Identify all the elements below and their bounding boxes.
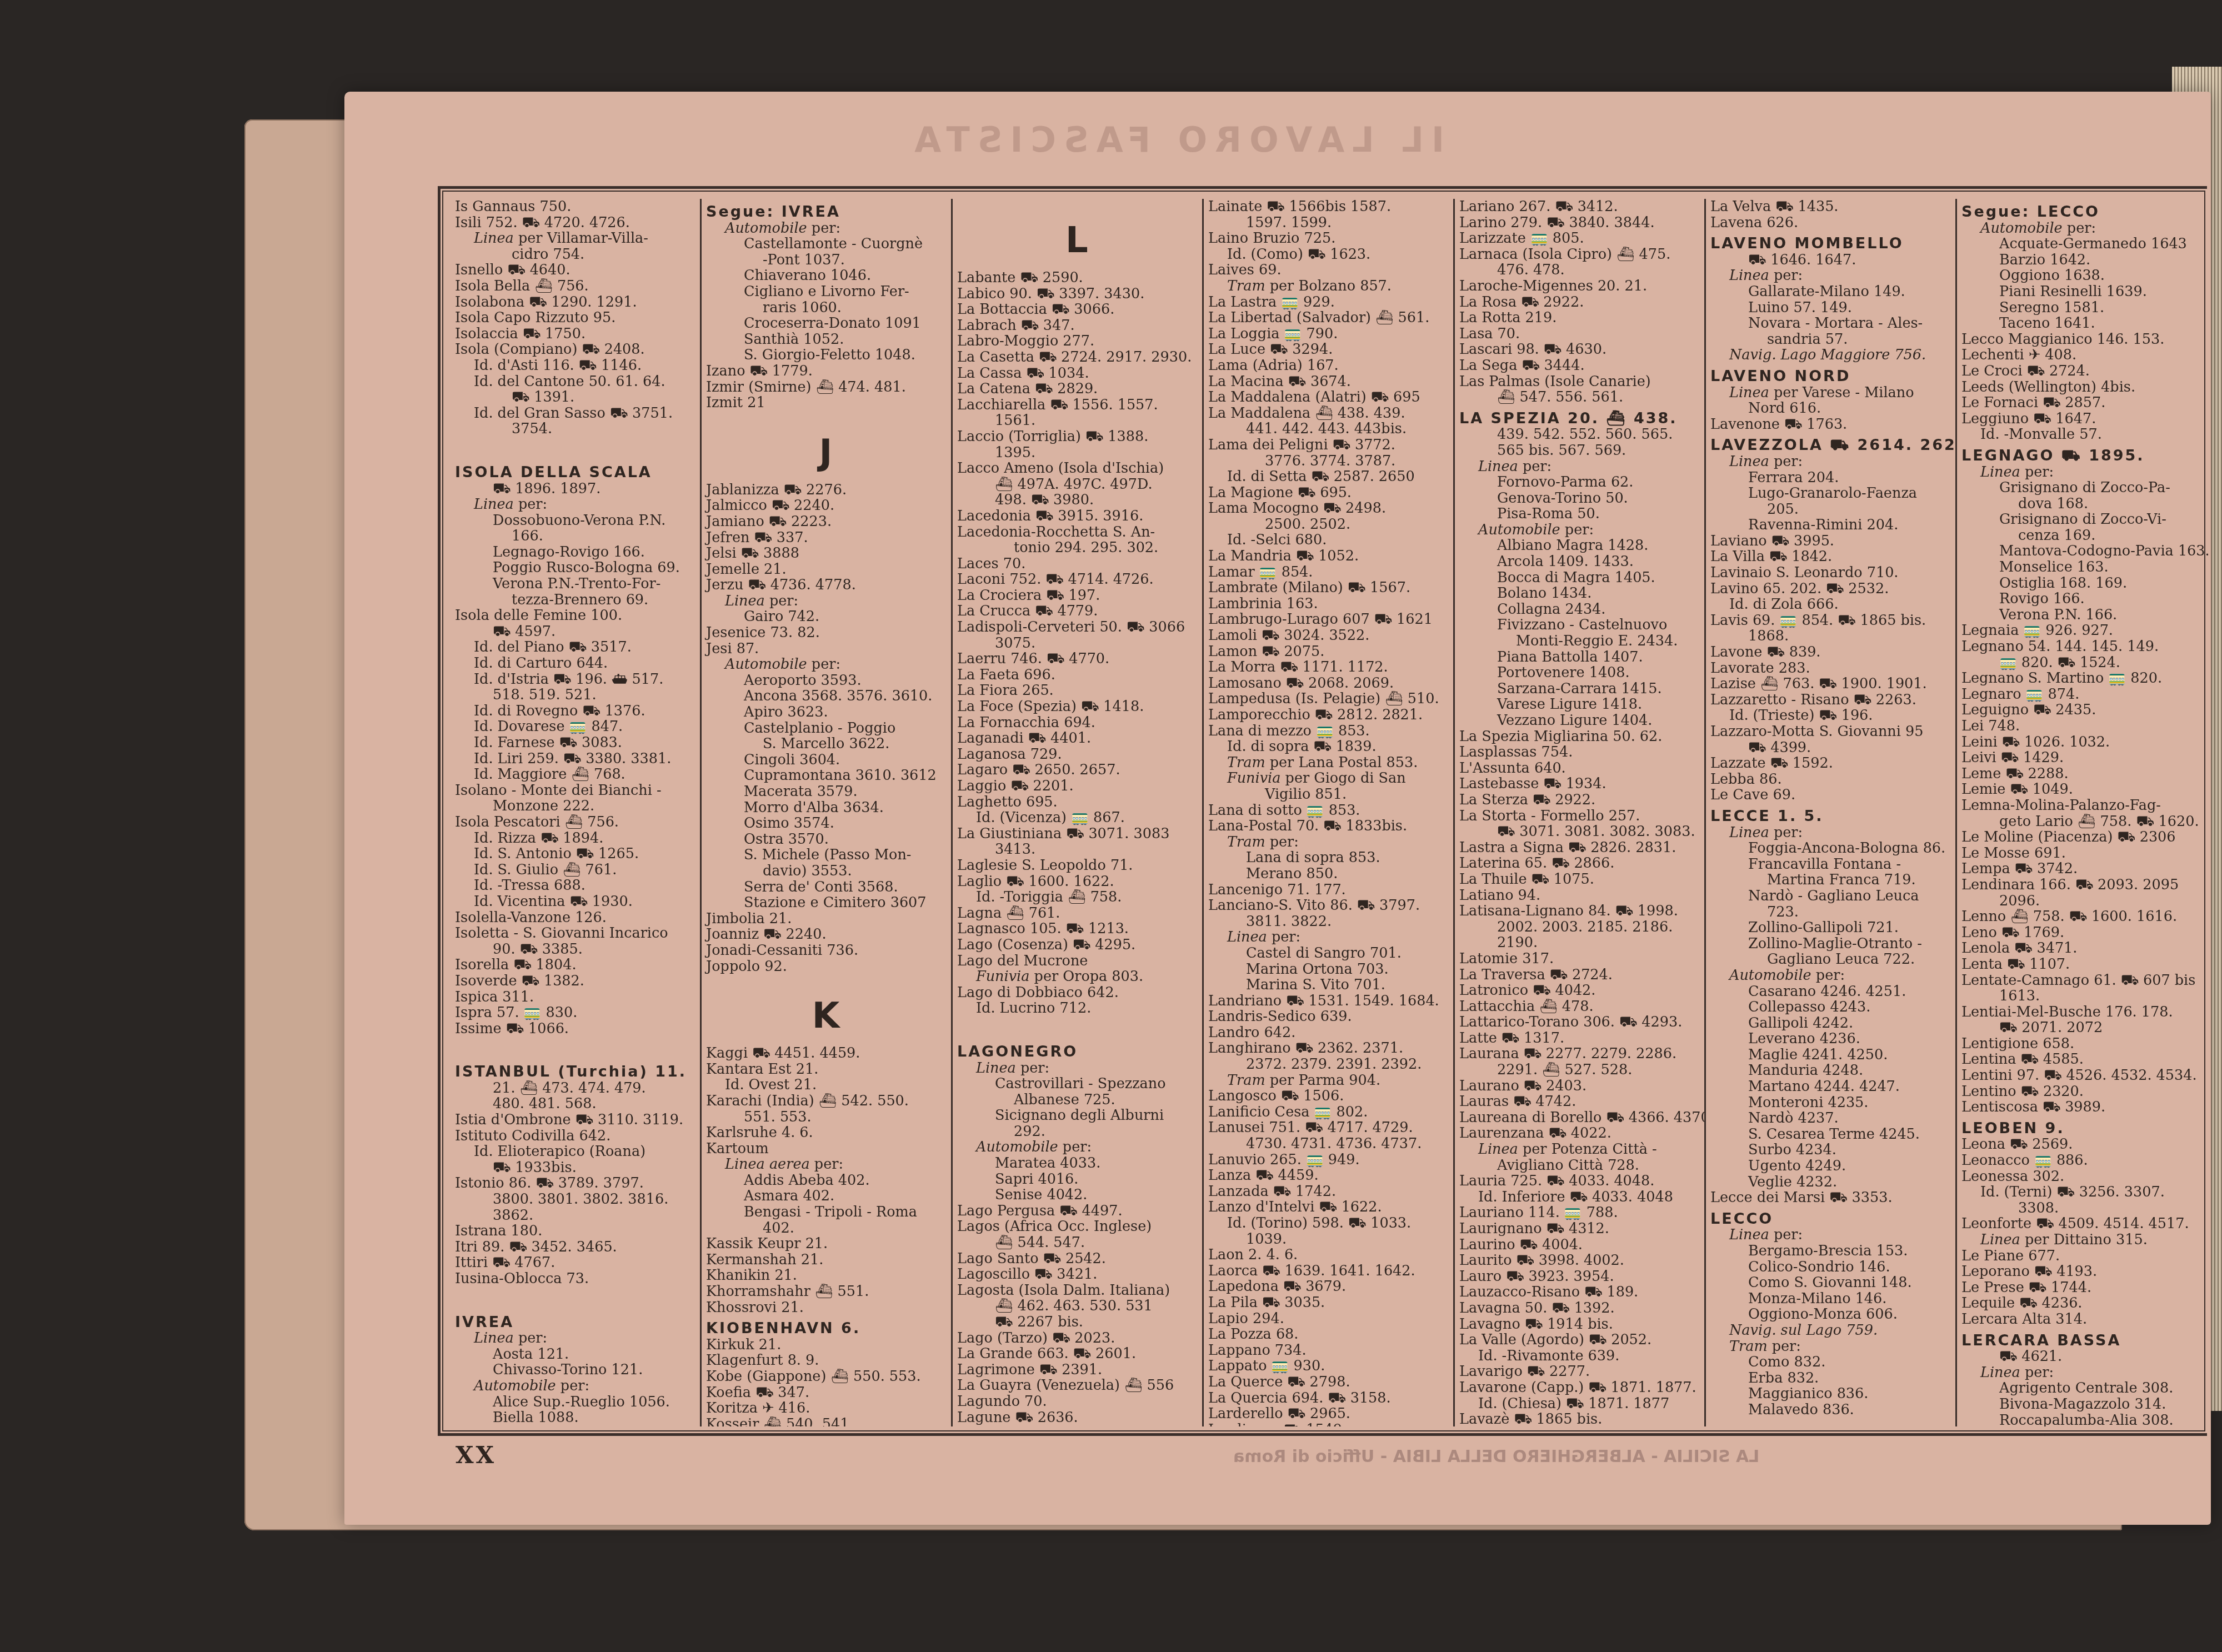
index-entry: 476. 478. [1459, 262, 1699, 278]
index-entry: Ancona 3568. 3576. 3610. [706, 688, 945, 704]
index-entry: Vezzano Ligure 1404. [1459, 713, 1699, 729]
index-entry: Isola Bella ⛴ 756. [455, 278, 694, 294]
index-entry: 2190. [1459, 935, 1699, 951]
index-entry: Istia d'Ombrone ⛟ 3110. 3119. [455, 1112, 694, 1128]
index-entry: geto Lario ⛴ 758. ⛟ 1620. [1961, 814, 2203, 830]
index-entry: Francavilla Fontana - [1710, 857, 1950, 873]
index-entry: Lercara Alta 314. [1961, 1311, 2203, 1328]
index-entry: Stazione e Cimitero 3607 [706, 895, 945, 911]
index-entry: 518. 519. 521. [455, 687, 694, 703]
index-entry: Lavarigo ⛟ 2277. [1459, 1364, 1699, 1380]
index-entry: Lanuvio 265. 🚃 949. [1208, 1152, 1448, 1168]
index-entry: Monteroni 4235. [1710, 1095, 1950, 1111]
index-entry: 1597. 1599. [1208, 215, 1448, 231]
index-entry: Genova-Torino 50. [1459, 490, 1699, 507]
index-entry: Lei 748. [1961, 718, 2203, 734]
index-entry: Linea per Varese - Milano [1710, 385, 1950, 401]
index-entry: Lago Pergusa ⛟ 4497. [957, 1203, 1197, 1219]
index-entry: Le Piane 677. [1961, 1248, 2203, 1264]
index-column-3: LLabante ⛟ 2590.Labico 90. ⛟ 3397. 3430.… [953, 199, 1204, 1426]
index-entry: Lacchiarella ⛟ 1556. 1557. [957, 397, 1197, 413]
index-entry: La Fornacchia 694. [957, 715, 1197, 731]
index-entry: Laives 69. [1208, 262, 1448, 278]
index-entry: Laurino ⛟ 4004. [1459, 1237, 1699, 1253]
index-entry: Cingoli 3604. [706, 752, 945, 768]
index-entry: Marina S. Vito 701. [1208, 977, 1448, 993]
index-entry: 1039. [1208, 1232, 1448, 1248]
index-entry: Istituto Codivilla 642. [455, 1128, 694, 1144]
index-entry: 2002. 2003. 2185. 2186. [1459, 919, 1699, 935]
index-entry: 402. [706, 1220, 945, 1237]
index-entry: Lemie ⛟ 1049. [1961, 782, 2203, 798]
index-entry: La Maddalena ⛴ 438. 439. [1208, 406, 1448, 422]
index-entry: Surbo 4234. [1710, 1142, 1950, 1158]
index-entry: Ispra 57. 🚃 830. [455, 1005, 694, 1021]
index-entry: Latronico ⛟ 4042. [1459, 983, 1699, 999]
section-letter: J [706, 428, 945, 478]
index-entry: Lattacchia ⛴ 478. [1459, 999, 1699, 1015]
index-entry: Linea per: [1208, 929, 1448, 945]
index-entry: 1868. [1710, 628, 1950, 644]
index-heading: LAVENO NORD [1710, 369, 1950, 385]
index-entry: 3811. 3822. [1208, 914, 1448, 930]
index-entry: Navig. sul Lago 759. [1710, 1323, 1950, 1339]
index-entry: Id. Farnese ⛟ 3083. [455, 735, 694, 751]
index-entry: Le Fornaci ⛟ 2857. [1961, 395, 2203, 411]
index-entry: Id. (Como) ⛟ 1623. [1208, 247, 1448, 263]
index-entry: Lechenti ✈ 408. [1961, 347, 2203, 363]
index-entry: Laglesie S. Leopoldo 71. [957, 858, 1197, 874]
index-entry: Zollino-Gallipoli 721. [1710, 920, 1950, 936]
index-entry: Lattarico-Torano 306. ⛟ 4293. [1459, 1014, 1699, 1030]
index-entry: Verona P.N. 166. [1961, 607, 2203, 623]
index-entry: 480. 481. 568. [455, 1096, 694, 1112]
index-entry: Izmir (Smirne) ⛴ 474. 481. [706, 379, 945, 396]
index-entry: Lempa ⛟ 3742. [1961, 861, 2203, 877]
index-entry: Landris-Sedico 639. [1208, 1009, 1448, 1025]
index-entry: Martano 4244. 4247. [1710, 1079, 1950, 1095]
index-entry: Leggiuno ⛟ 1647. [1961, 411, 2203, 427]
index-entry: Koritza ✈ 416. [706, 1400, 945, 1416]
index-entry: Lana-Postal 70. ⛟ 1833bis. [1208, 818, 1448, 834]
index-entry: Lana di mezzo 🚃 853. [1208, 723, 1448, 739]
index-entry: Chiaverano 1046. [706, 268, 945, 284]
index-entry: tezza-Brennero 69. [455, 592, 694, 608]
index-entry: Le Croci ⛟ 2724. [1961, 363, 2203, 379]
index-heading: LAVEZZOLA ⛟ 2614. 2626 [1710, 438, 1950, 454]
index-entry: Apiro 3623. [706, 704, 945, 720]
index-entry: La Pila ⛟ 3035. [1208, 1295, 1448, 1311]
index-heading: LEGNAGO ⛟ 1895. [1961, 448, 2203, 464]
index-entry: Lazzaretto - Risano ⛟ 2263. [1710, 692, 1950, 708]
index-entry: Lastra a Signa ⛟ 2826. 2831. [1459, 840, 1699, 856]
index-entry: La Morra ⛟ 1171. 1172. [1208, 659, 1448, 675]
index-entry: Luino 57. 149. [1710, 300, 1950, 316]
index-entry: Lequile ⛟ 4236. [1961, 1295, 2203, 1311]
index-entry: Tram per Lana Postal 853. [1208, 755, 1448, 771]
index-entry: Lecce dei Marsi ⛟ 3353. [1710, 1190, 1950, 1206]
index-entry: Lanzo d'Intelvi ⛟ 1622. [1208, 1199, 1448, 1215]
index-entry: Laccio (Torriglia) ⛟ 1388. [957, 429, 1197, 445]
index-entry: Id. (Vicenza) 🚃 867. [957, 810, 1197, 826]
index-entry: Jalmicco ⛟ 2240. [706, 498, 945, 514]
index-entry: Lentiscosa ⛟ 3989. [1961, 1099, 2203, 1115]
index-entry: Rovigo 166. [1961, 591, 2203, 607]
index-entry: Lecco Maggianico 146. 153. [1961, 332, 2203, 348]
index-entry: Casarano 4246. 4251. [1710, 984, 1950, 1000]
index-entry: Id. di Carturo 644. [455, 655, 694, 672]
index-entry: 292. [957, 1124, 1197, 1140]
index-entry: Aosta 121. [455, 1346, 694, 1363]
index-entry: Le Prese ⛟ 1744. [1961, 1280, 2203, 1296]
index-entry: Labico 90. ⛟ 3397. 3430. [957, 286, 1197, 302]
index-entry: Collagna 2434. [1459, 602, 1699, 618]
index-entry: Gallipoli 4242. [1710, 1015, 1950, 1032]
index-entry: Isolaccia ⛟ 1750. [455, 326, 694, 342]
index-entry: Lacedonia-Rocchetta S. An- [957, 524, 1197, 540]
index-entry: Oggiono-Monza 606. [1710, 1306, 1950, 1323]
index-entry: Lacedonia ⛟ 3915. 3916. [957, 508, 1197, 524]
index-entry: Lavis 69. 🚃 854. ⛟ 1865 bis. [1710, 613, 1950, 629]
index-entry: Lazzaro-Motta S. Giovanni 95 [1710, 724, 1950, 740]
index-entry: Leme ⛟ 2288. [1961, 766, 2203, 782]
index-entry: Ferrara 204. [1710, 470, 1950, 486]
index-entry: Latiano 94. [1459, 888, 1699, 904]
spacer [455, 1287, 694, 1309]
index-columns: Is Gannaus 750.Isili 752. ⛟ 4720. 4726.L… [451, 199, 2207, 1426]
index-entry: Jesenice 73. 82. [706, 625, 945, 641]
index-entry: dova 168. [1961, 496, 2203, 512]
index-column-6: La Velva ⛟ 1435.Lavena 626.LAVENO MOMBEL… [1706, 199, 1957, 1426]
index-entry: 205. [1710, 502, 1950, 518]
index-entry: Lanificio Cesa 🚃 802. [1208, 1104, 1448, 1120]
index-entry: Automobile per: [957, 1139, 1197, 1155]
index-entry: Automobile per: [1459, 522, 1699, 538]
index-entry: Id. di sopra ⛟ 1839. [1208, 739, 1448, 755]
index-entry: Lamon ⛟ 2075. [1208, 644, 1448, 660]
index-entry: Poggio Rusco-Bologna 69. [455, 560, 694, 576]
index-entry: Larino 279. ⛟ 3840. 3844. [1459, 215, 1699, 231]
index-entry: Latisana-Lignano 84. ⛟ 1998. [1459, 903, 1699, 919]
index-entry: Como S. Giovanni 148. [1710, 1275, 1950, 1291]
index-entry: 2372. 2379. 2391. 2392. [1208, 1057, 1448, 1073]
index-entry: Lardirago ⛟ 1549. [1208, 1422, 1448, 1426]
index-entry: Como 832. [1710, 1354, 1950, 1370]
index-entry: Karachi (India) ⛴ 542. 550. [706, 1093, 945, 1109]
index-entry: Lavino 65. 202. ⛟ 2532. [1710, 581, 1950, 597]
index-entry: Lambrugo-Lurago 607 ⛟ 1621 [1208, 612, 1448, 628]
index-entry: Varese Ligure 1418. [1459, 697, 1699, 713]
index-entry: Isola Pescatori ⛴ 756. [455, 814, 694, 830]
index-entry: La Guayra (Venezuela) ⛴ 556 [957, 1378, 1197, 1394]
index-entry: Lazzate ⛟ 1592. [1710, 755, 1950, 772]
index-entry: 2500. 2502. [1208, 517, 1448, 533]
index-entry: Id. di Zola 666. [1710, 597, 1950, 613]
index-entry: Barzio 1642. [1961, 252, 2203, 268]
index-entry: Id. S. Giulio ⛴ 761. [455, 862, 694, 878]
index-entry: Automobile per: [1710, 968, 1950, 984]
index-entry: Fivizzano - Castelnuovo [1459, 617, 1699, 633]
index-entry: Lavagno ⛟ 1914 bis. [1459, 1316, 1699, 1333]
index-entry: Lentigione 658. [1961, 1036, 2203, 1052]
index-entry: Kassik Keupr 21. [706, 1236, 945, 1252]
index-entry: Iusina-Oblocca 73. [455, 1271, 694, 1287]
index-entry: Lavena 626. [1710, 215, 1950, 231]
index-entry: Grisignano di Zocco-Vi- [1961, 512, 2203, 528]
index-entry: Id. di Setta ⛟ 2587. 2650 [1208, 469, 1448, 485]
index-entry: Lanzada ⛟ 1742. [1208, 1184, 1448, 1200]
index-entry: Linea per: [1710, 454, 1950, 470]
index-entry: Laurana ⛟ 2277. 2279. 2286. [1459, 1046, 1699, 1062]
section-letter: L [957, 216, 1197, 266]
index-entry: Tram per Parma 904. [1208, 1073, 1448, 1089]
index-entry: Le Moline (Piacenza) ⛟ 2306 [1961, 829, 2203, 845]
index-entry: tonio 294. 295. 302. [957, 540, 1197, 556]
index-entry: Id. (Chiesa) ⛟ 1871. 1877 [1459, 1396, 1699, 1412]
index-entry: Id. -Rivamonte 639. [1459, 1348, 1699, 1364]
index-entry: Lentino ⛟ 2320. [1961, 1084, 2203, 1100]
index-entry: 3862. [455, 1208, 694, 1224]
index-entry: Automobile per: [1961, 221, 2203, 237]
index-entry: Biella 1088. [455, 1410, 694, 1426]
index-entry: Isili 752. ⛟ 4720. 4726. [455, 215, 694, 231]
index-entry: Serra de' Conti 3568. [706, 879, 945, 895]
index-entry: 🚃 820. ⛟ 1524. [1961, 655, 2203, 671]
index-entry: Bivona-Magazzolo 314. [1961, 1396, 2203, 1413]
index-entry: La Valle (Agordo) ⛟ 2052. [1459, 1332, 1699, 1348]
index-entry: Leonforte ⛟ 4509. 4514. 4517. [1961, 1216, 2203, 1232]
index-entry: Manduria 4248. [1710, 1063, 1950, 1079]
index-entry: Avigliano Città 728. [1459, 1158, 1699, 1174]
index-entry: 1613. [1961, 988, 2203, 1004]
index-entry: Landriano ⛟ 1531. 1549. 1684. [1208, 993, 1448, 1009]
index-entry: La Quercia 694. ⛟ 3158. [1208, 1390, 1448, 1406]
index-entry: Lavagna 50. ⛟ 1392. [1459, 1300, 1699, 1316]
index-entry: 3308. [1961, 1200, 2203, 1217]
index-entry: Linea per: [1710, 268, 1950, 284]
index-entry: ⛴ 544. 547. [957, 1235, 1197, 1251]
index-entry: cenza 169. [1961, 528, 2203, 544]
index-entry: Lauria 725. ⛟ 4033. 4048. [1459, 1173, 1699, 1189]
index-entry: La Traversa ⛟ 2724. [1459, 967, 1699, 983]
index-entry: Lagaro ⛟ 2650. 2657. [957, 762, 1197, 778]
index-entry: La Libertad (Salvador) ⛴ 561. [1208, 310, 1448, 326]
index-entry: Bocca di Magra 1405. [1459, 570, 1699, 586]
index-entry: Novara - Mortara - Ales- [1710, 316, 1950, 332]
index-entry: Arcola 1409. 1433. [1459, 554, 1699, 570]
index-entry: Id. Vicentina ⛟ 1930. [455, 894, 694, 910]
spacer [957, 1017, 1197, 1039]
index-column-4: Lainate ⛟ 1566bis 1587.1597. 1599.Laino … [1204, 199, 1455, 1426]
index-entry: Lamporecchio ⛟ 2812. 2821. [1208, 707, 1448, 723]
index-entry: Las Palmas (Isole Canarie) [1459, 374, 1699, 390]
index-entry: Cupramontana 3610. 3612 [706, 768, 945, 784]
index-entry: Laurano ⛟ 2403. [1459, 1078, 1699, 1094]
index-entry: Khorramshahr ⛴ 551. [706, 1284, 945, 1300]
index-entry: Nord 616. [1710, 401, 1950, 417]
index-entry: Isolano - Monte dei Bianchi - [455, 783, 694, 799]
index-entry: Isolella-Vanzone 126. [455, 910, 694, 926]
index-entry: Sarzana-Carrara 1415. [1459, 681, 1699, 697]
index-entry: La Loggia 🚃 790. [1208, 326, 1448, 342]
index-entry: La Querce ⛟ 2798. [1208, 1374, 1448, 1390]
index-entry: Id. -Selci 680. [1208, 532, 1448, 548]
index-entry: Lenola ⛟ 3471. [1961, 940, 2203, 957]
index-entry: Istonio 86. ⛟ 3789. 3797. [455, 1175, 694, 1192]
index-entry: Le Mosse 691. [1961, 845, 2203, 862]
index-entry: Ostiglia 168. 169. [1961, 575, 2203, 592]
index-entry: Portovenere 1408. [1459, 665, 1699, 681]
index-entry: Isnello ⛟ 4640. [455, 262, 694, 278]
index-entry: ⛴ 497A. 497C. 497D. [957, 477, 1197, 493]
index-entry: Id. (Trieste) ⛟ 196. [1710, 708, 1950, 724]
index-entry: Bengasi - Tripoli - Roma [706, 1204, 945, 1220]
index-entry: Linea per: [455, 497, 694, 513]
index-entry: ⛟ 1391. [455, 389, 694, 406]
index-heading: LECCO [1710, 1212, 1950, 1228]
index-heading: IVREA [455, 1315, 694, 1331]
index-entry: Latomie 317. [1459, 951, 1699, 967]
index-entry: Id. Elioterapico (Roana) [455, 1144, 694, 1160]
index-entry: Lauriano 114. 🚃 788. [1459, 1205, 1699, 1221]
index-entry: Jemelle 21. [706, 562, 945, 578]
index-entry: Laganadi ⛟ 4401. [957, 730, 1197, 747]
index-entry: Erba 832. [1710, 1370, 1950, 1386]
index-heading: ISTANBUL (Turchia) 11. [455, 1064, 694, 1080]
index-entry: 2291. ⛴ 527. 528. [1459, 1062, 1699, 1078]
index-entry: ⛟ 1646. 1647. [1710, 252, 1950, 268]
index-entry: Lanciano-S. Vito 86. ⛟ 3797. [1208, 898, 1448, 914]
index-entry: Lago (Cosenza) ⛟ 4295. [957, 937, 1197, 953]
footer-bleed-through: LA SICILIA - ALBERGHIERO DELLA LIBIA - U… [1233, 1447, 1759, 1466]
index-entry: Osimo 3574. [706, 815, 945, 832]
index-entry: Isolabona ⛟ 1290. 1291. [455, 294, 694, 311]
index-entry: -Pont 1037. [706, 252, 945, 268]
index-entry: Lastebasse ⛟ 1934. [1459, 776, 1699, 792]
index-heading: LERCARA BASSA [1961, 1333, 2203, 1349]
index-entry: 1395. [957, 445, 1197, 461]
index-entry: Lagune ⛟ 2636. [957, 1410, 1197, 1426]
index-page: IL LAVORO FASCISTA Is Gannaus 750.Isili … [344, 92, 2211, 1525]
index-entry: Santhià 1052. [706, 332, 945, 348]
index-entry: Lenno ⛴ 758. ⛟ 1600. 1616. [1961, 909, 2203, 925]
index-heading: LAVENO MOMBELLO [1710, 236, 1950, 252]
index-entry: Colico-Sondrio 146. [1710, 1259, 1950, 1275]
index-entry: Id. Dovarese 🚃 847. [455, 719, 694, 735]
index-column-7: Segue: LECCOAutomobile per:Acquate-Germa… [1957, 199, 2208, 1426]
index-entry: S. Marcello 3622. [706, 736, 945, 752]
section-letter: K [706, 991, 945, 1041]
index-entry: Linea per: [455, 1330, 694, 1346]
index-entry: Leverano 4236. [1710, 1031, 1950, 1047]
index-entry: Lappano 734. [1208, 1343, 1448, 1359]
index-entry: Tram per: [1710, 1339, 1950, 1355]
index-entry: Lavazè ⛟ 1865 bis. [1459, 1411, 1699, 1426]
index-entry: Karlsruhe 4. 6. [706, 1125, 945, 1141]
index-entry: Addis Abeba 402. [706, 1173, 945, 1189]
index-entry: Isoletta - S. Giovanni Incarico [455, 925, 694, 942]
index-entry: Jamiano ⛟ 2223. [706, 514, 945, 530]
index-entry: Lauro ⛟ 3923. 3954. [1459, 1269, 1699, 1285]
index-entry: Automobile per: [455, 1378, 694, 1394]
index-entry: Koefia ⛟ 347. [706, 1385, 945, 1401]
index-entry: Castrovillari - Spezzano [957, 1076, 1197, 1092]
index-entry: Larizzate 🚃 805. [1459, 231, 1699, 247]
index-entry: Labante ⛟ 2590. [957, 270, 1197, 286]
index-entry: Leona ⛟ 2569. [1961, 1137, 2203, 1153]
index-entry: 3754. [455, 421, 694, 437]
index-entry: Dossobuono-Verona P.N. [455, 513, 694, 529]
index-entry: Aeroporto 3593. [706, 673, 945, 689]
index-entry: Legnaro 🚃 874. [1961, 687, 2203, 703]
index-entry: Jimbolia 21. [706, 911, 945, 927]
index-entry: Ravenna-Rimini 204. [1710, 517, 1950, 533]
index-entry: S. Cesarea Terme 4245. [1710, 1127, 1950, 1143]
index-entry: Nardò - Gagliano Leuca [1710, 888, 1950, 904]
index-entry: Isola Capo Rizzuto 95. [455, 310, 694, 326]
index-entry: Klagenfurt 8. 9. [706, 1353, 945, 1369]
index-entry: S. Michele (Passo Mon- [706, 847, 945, 863]
index-entry: Landro 642. [1208, 1025, 1448, 1041]
index-entry: Langhirano ⛟ 2362. 2371. [1208, 1040, 1448, 1057]
index-entry: Lana di sopra 853. [1208, 850, 1448, 866]
index-entry: 21. ⛴ 473. 474. 479. [455, 1080, 694, 1097]
index-entry: Lazise ⛴ 763. ⛟ 1900. 1901. [1710, 676, 1950, 692]
index-entry: Martina Franca 719. [1710, 872, 1950, 888]
index-entry: Lambrinia 163. [1208, 596, 1448, 612]
index-entry: Jesi 87. [706, 641, 945, 657]
index-column-5: Lariano 267. ⛟ 3412.Larino 279. ⛟ 3840. … [1455, 199, 1706, 1426]
index-entry: Funivia per Oropa 803. [957, 969, 1197, 985]
index-entry: Linea per Villamar-Villa- [455, 231, 694, 247]
index-entry: Lentiai-Mel-Busche 176. 178. [1961, 1004, 2203, 1020]
index-entry: La Spezia Migliarina 50. 62. [1459, 729, 1699, 745]
index-entry: Castel di Sangro 701. [1208, 945, 1448, 962]
index-entry: 2096. [1961, 893, 2203, 909]
index-entry: Vigilio 851. [1208, 787, 1448, 803]
index-entry: Larnaca (Isola Cipro) ⛴ 475. [1459, 247, 1699, 263]
index-entry: Lappato 🚃 930. [1208, 1358, 1448, 1374]
index-entry: Navig. Lago Maggiore 756. [1710, 347, 1950, 363]
index-entry: Monselice 163. [1961, 559, 2203, 575]
index-entry: Lavone ⛟ 839. [1710, 644, 1950, 660]
index-entry: Bolano 1434. [1459, 585, 1699, 602]
index-entry: Lancenigo 71. 177. [1208, 882, 1448, 898]
index-entry: 90. ⛟ 3385. [455, 942, 694, 958]
index-entry: La Thuile ⛟ 1075. [1459, 872, 1699, 888]
index-entry: Foggia-Ancona-Bologna 86. [1710, 840, 1950, 857]
index-entry: Id. Ovest 21. [706, 1077, 945, 1093]
index-entry: Laggio ⛟ 2201. [957, 778, 1197, 794]
index-entry: Izmit 21 [706, 395, 945, 411]
index-entry: Leonessa 302. [1961, 1169, 2203, 1185]
index-entry: S. Giorgio-Feletto 1048. [706, 347, 945, 363]
index-entry: Kosseir ⛴ 540. 541. [706, 1416, 945, 1426]
index-entry: Lagosta (Isola Dalm. Italiana) [957, 1283, 1197, 1299]
index-entry: Id. d'Istria ⛟ 196. ⛴ 517. [455, 672, 694, 688]
index-entry: Lugo-Granarolo-Faenza [1710, 485, 1950, 502]
index-entry: Zollino-Maglie-Otranto - [1710, 936, 1950, 952]
index-entry: Croceserra-Donato 1091 [706, 316, 945, 332]
index-entry: Malavedo 836. [1710, 1402, 1950, 1418]
index-entry: Lama dei Peligni ⛟ 3772. [1208, 437, 1448, 453]
index-entry: Albiano Magra 1428. [1459, 538, 1699, 554]
index-entry: 3075. [957, 635, 1197, 652]
index-entry: Leivi ⛟ 1429. [1961, 750, 2203, 766]
index-column-1: Is Gannaus 750.Isili 752. ⛟ 4720. 4726.L… [451, 199, 702, 1426]
index-entry: Lagna ⛴ 761. [957, 905, 1197, 922]
index-entry: Joanniz ⛟ 2240. [706, 927, 945, 943]
